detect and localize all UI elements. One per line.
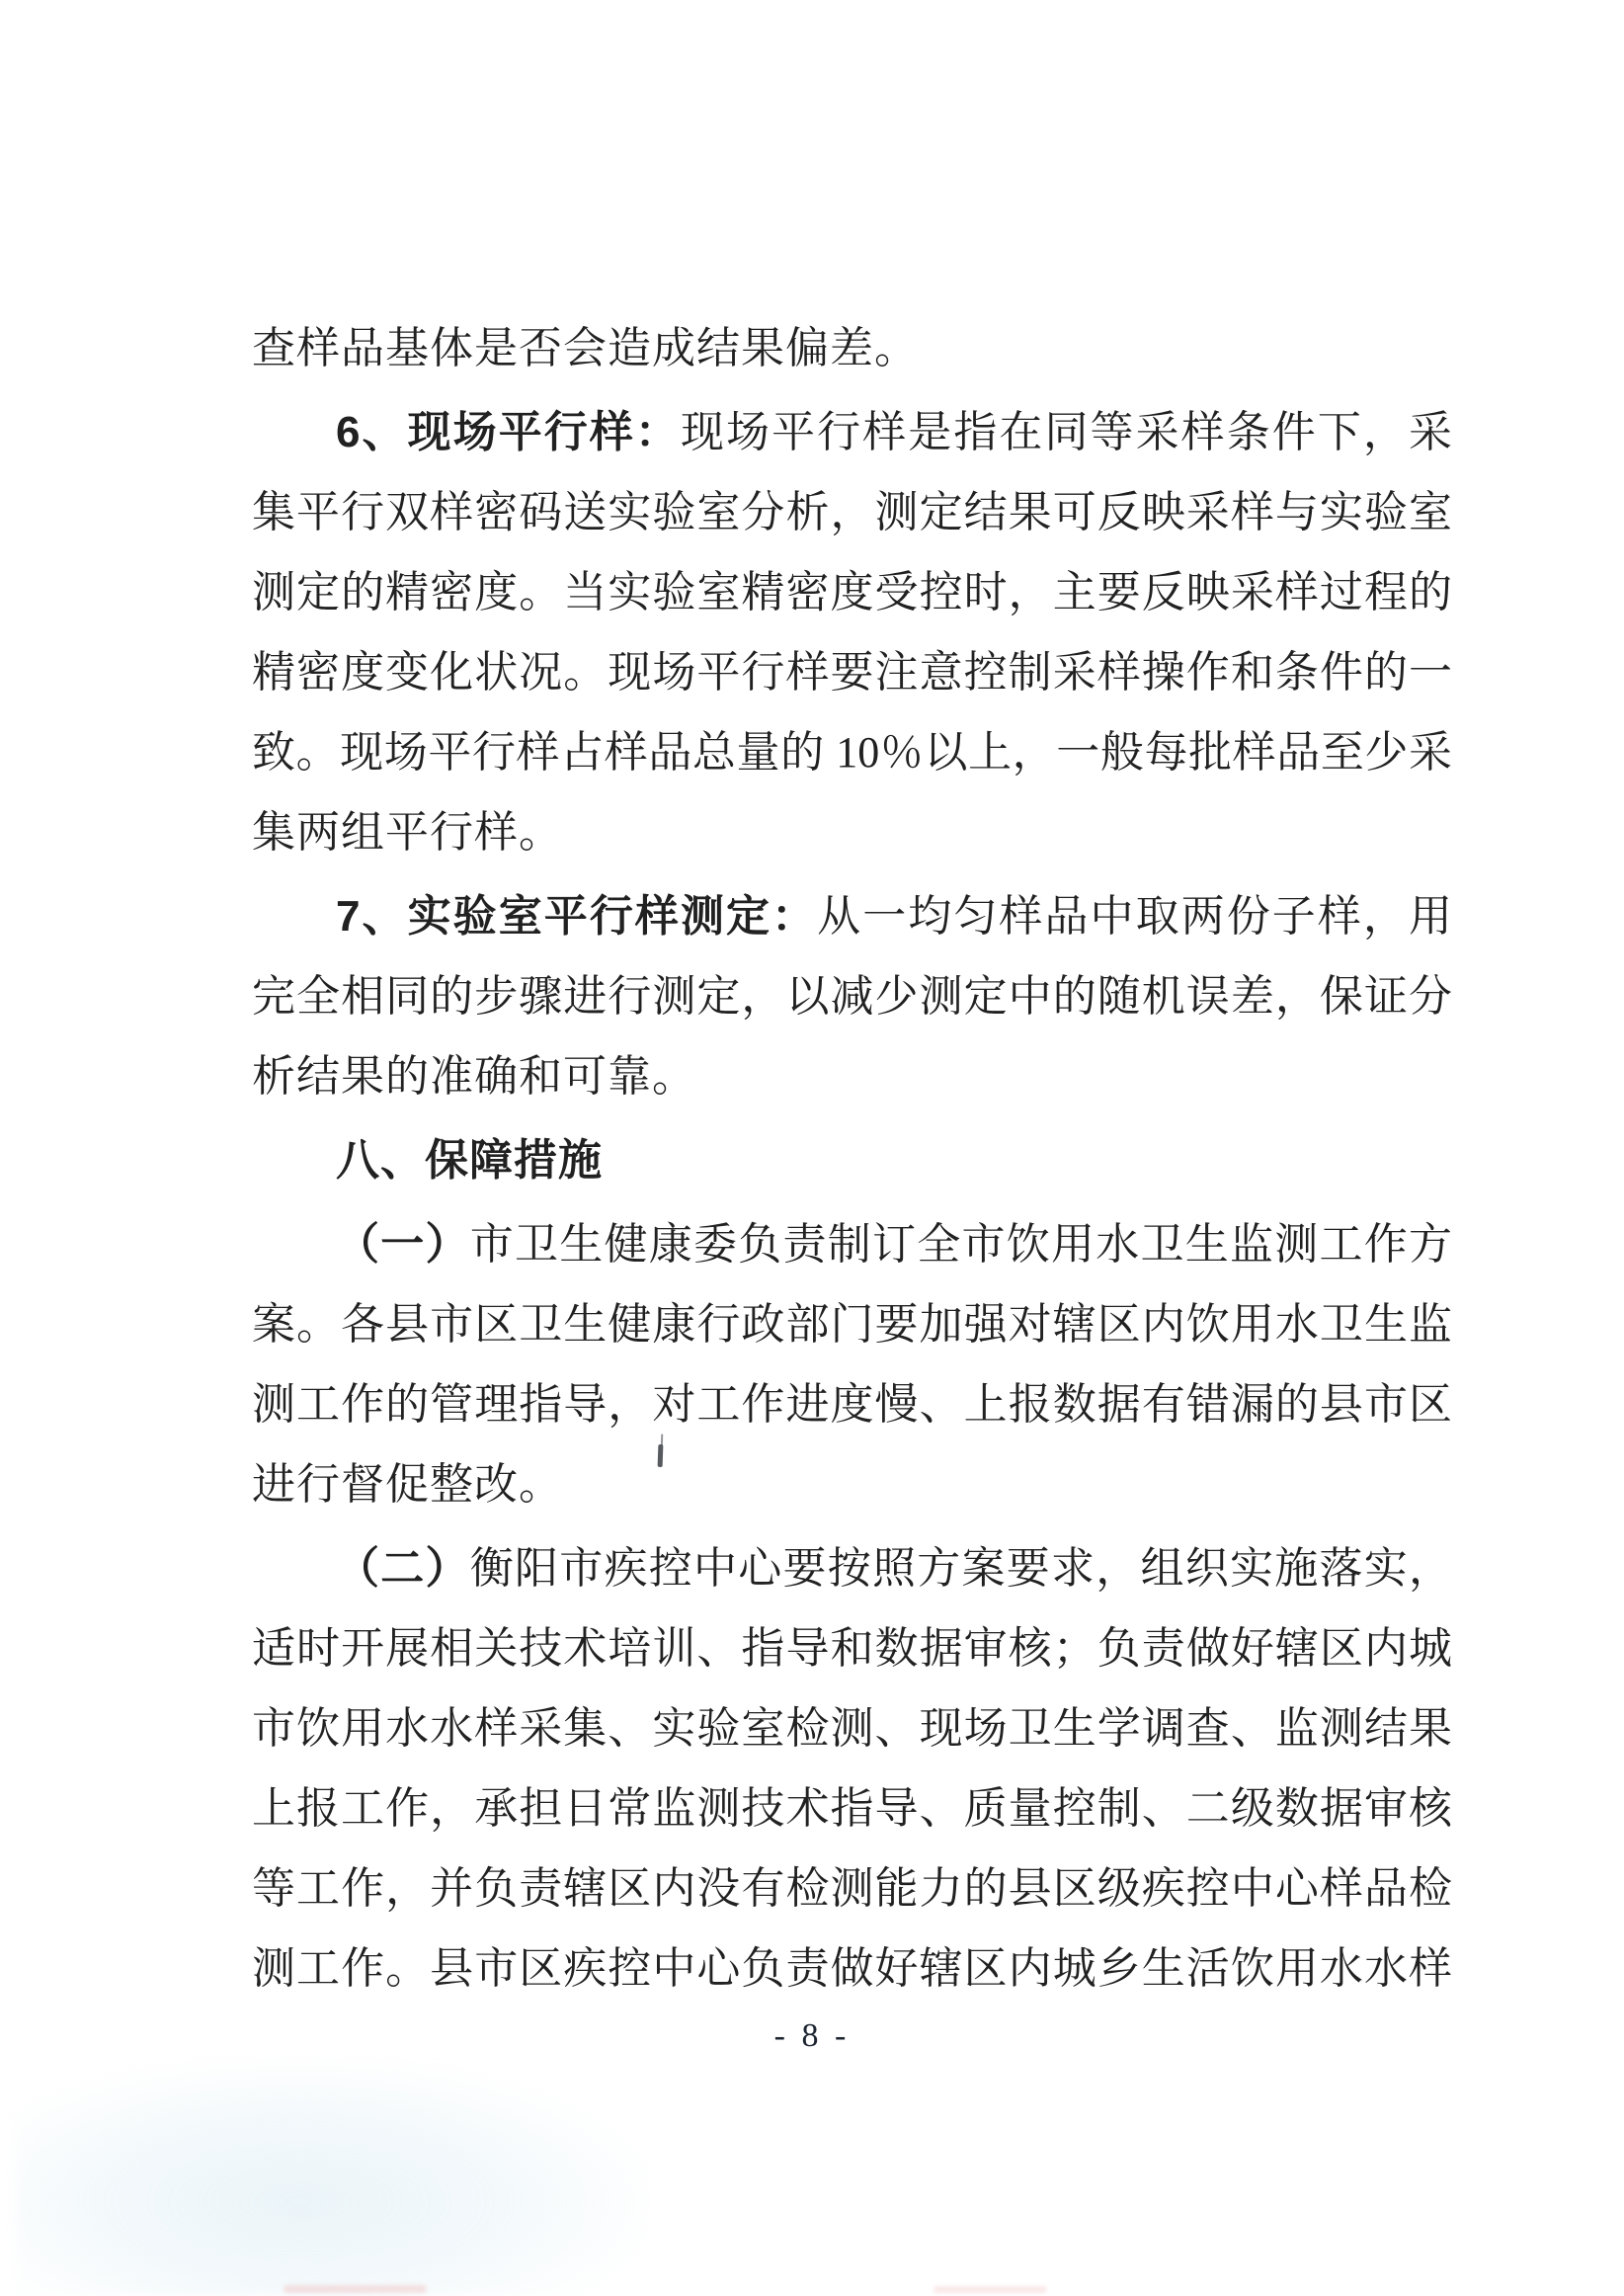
text-line: （二）衡阳市疾控中心要按照方案要求，组织实施落实， [252,1528,1452,1608]
text-line: 集两组平行样。 [252,792,1452,872]
bold-text-segment: 八、保障措施 [336,1136,603,1185]
text-segment: 市饮用水水样采集、实验室检测、现场卫生学调查、监测结果 [252,1704,1452,1753]
scan-smudge-bottom-left [15,2060,647,2296]
text-segment: 等工作，并负责辖区内没有检测能力的县区级疾控中心样品检 [252,1864,1452,1913]
text-segment: 现场平行样是指在同等采样条件下，采 [681,408,1452,456]
text-line: 7、实验室平行样测定：从一均匀样品中取两份子样，用 [252,876,1452,956]
text-line: 精密度变化状况。现场平行样要注意控制采样操作和条件的一 [252,632,1452,712]
scan-speck-pink-left [284,2285,427,2293]
document-lines: 查样品基体是否会造成结果偏差。6、现场平行样：现场平行样是指在同等采样条件下，采… [252,308,1452,2009]
text-segment: 完全相同的步骤进行测定，以减少测定中的随机误差，保证分 [252,972,1452,1021]
page-number: - 8 - [0,2017,1624,2055]
bold-text-segment: （一） [336,1220,470,1269]
text-segment: 查样品基体是否会造成结果偏差。 [252,324,919,372]
text-line: 测工作的管理指导，对工作进度慢、上报数据有错漏的县市区 [252,1364,1452,1444]
bold-text-segment: 6、现场平行样： [336,408,681,456]
text-segment: 精密度变化状况。现场平行样要注意控制采样操作和条件的一 [252,648,1452,697]
bold-text-segment: （二） [336,1544,470,1593]
text-line: 集平行双样密码送实验室分析，测定结果可反映采样与实验室 [252,472,1452,552]
text-line: 完全相同的步骤进行测定，以减少测定中的随机误差，保证分 [252,956,1452,1036]
text-line: 上报工作，承担日常监测技术指导、质量控制、二级数据审核 [252,1768,1452,1848]
text-line: 致。现场平行样占样品总量的 10％以上，一般每批样品至少采 [252,712,1452,792]
text-segment: 案。各县市区卫生健康行政部门要加强对辖区内饮用水卫生监 [252,1300,1452,1349]
text-line: 测工作。县市区疾控中心负责做好辖区内城乡生活饮用水水样 [252,1928,1452,2009]
text-segment: 测定的精密度。当实验室精密度受控时，主要反映采样过程的 [252,568,1452,616]
text-segment: 测工作的管理指导，对工作进度慢、上报数据有错漏的县市区 [252,1380,1452,1429]
scanned-document-page: 查样品基体是否会造成结果偏差。6、现场平行样：现场平行样是指在同等采样条件下，采… [0,0,1624,2296]
scan-artifact-tick [658,1444,664,1467]
text-segment: 上报工作，承担日常监测技术指导、质量控制、二级数据审核 [252,1784,1452,1833]
text-line: 进行督促整改。 [252,1444,1452,1524]
text-line: 八、保障措施 [252,1120,1452,1200]
text-segment: 致。现场平行样占样品总量的 10％以上，一般每批样品至少采 [252,728,1452,777]
text-line: （一）市卫生健康委负责制订全市饮用水卫生监测工作方 [252,1204,1452,1284]
text-segment: 适时开展相关技术培训、指导和数据审核；负责做好辖区内城 [252,1624,1452,1673]
text-line: 等工作，并负责辖区内没有检测能力的县区级疾控中心样品检 [252,1848,1452,1928]
text-segment: 从一均匀样品中取两份子样，用 [817,892,1452,941]
text-segment: 市卫生健康委负责制订全市饮用水卫生监测工作方 [470,1220,1452,1269]
text-segment: 析结果的准确和可靠。 [252,1052,696,1101]
text-line: 适时开展相关技术培训、指导和数据审核；负责做好辖区内城 [252,1608,1452,1688]
text-line: 市饮用水水样采集、实验室检测、现场卫生学调查、监测结果 [252,1688,1452,1768]
document-body: 查样品基体是否会造成结果偏差。6、现场平行样：现场平行样是指在同等采样条件下，采… [252,308,1452,2009]
text-line: 案。各县市区卫生健康行政部门要加强对辖区内饮用水卫生监 [252,1284,1452,1364]
text-line: 测定的精密度。当实验室精密度受控时，主要反映采样过程的 [252,552,1452,632]
text-segment: 集两组平行样。 [252,808,563,857]
text-line: 查样品基体是否会造成结果偏差。 [252,308,1452,388]
text-segment: 衡阳市疾控中心要按照方案要求，组织实施落实， [470,1544,1452,1593]
text-segment: 测工作。县市区疾控中心负责做好辖区内城乡生活饮用水水样 [252,1944,1452,1993]
bold-text-segment: 7、实验室平行样测定： [336,892,817,941]
text-segment: 进行督促整改。 [252,1460,563,1509]
scan-speck-pink-right [934,2286,1047,2293]
text-segment: 集平行双样密码送实验室分析，测定结果可反映采样与实验室 [252,488,1452,536]
text-line: 析结果的准确和可靠。 [252,1036,1452,1116]
text-line: 6、现场平行样：现场平行样是指在同等采样条件下，采 [252,392,1452,472]
